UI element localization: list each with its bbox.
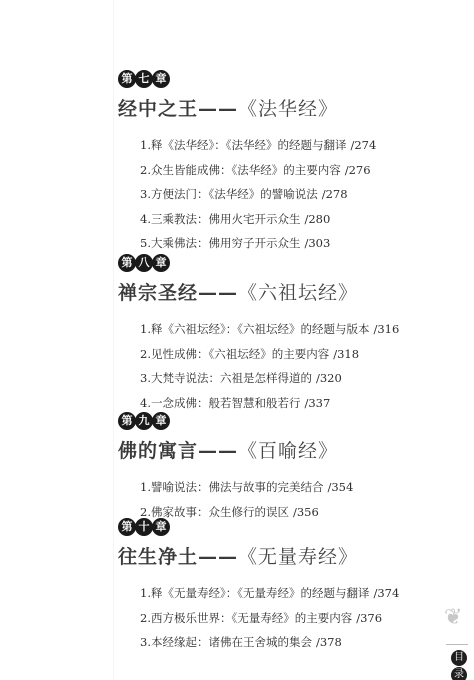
side-tab-char: 录 (451, 667, 467, 680)
chapter-title-sutra: 《百喻经》 (238, 440, 338, 462)
toc-page-number: /320 (316, 371, 342, 385)
toc-page-number: /303 (304, 236, 330, 250)
toc-entry-text: 2.见性成佛：《六祖坛经》的主要内容 (140, 347, 329, 361)
toc-page-number: /374 (373, 586, 399, 600)
toc-entry[interactable]: 1.释《六祖坛经》：《六祖坛经》的经题与版本/316 (140, 317, 458, 342)
toc-entry[interactable]: 1.释《无量寿经》：《无量寿经》的经题与翻译/374 (140, 581, 458, 606)
chapter-badge: 第 八 章 (118, 254, 458, 272)
toc-entry-text: 1.释《无量寿经》：《无量寿经》的经题与翻译 (140, 586, 369, 600)
toc-page-number: /278 (322, 187, 348, 201)
lotus-ornament-icon: ❦ (444, 600, 462, 636)
chapter-badge: 第 十 章 (118, 518, 458, 536)
toc-list: 1.释《无量寿经》：《无量寿经》的经题与翻译/374 2.西方极乐世界：《无量寿… (140, 581, 458, 655)
toc-page-number: /318 (333, 347, 359, 361)
chapter-10: 第 十 章 往生净土——《无量寿经》 1.释《无量寿经》：《无量寿经》的经题与翻… (118, 518, 458, 655)
toc-entry[interactable]: 3.本经缘起：诸佛在王舍城的集会/378 (140, 630, 458, 655)
toc-entry-text: 5.大乘佛法：佛用穷子开示众生 (140, 236, 300, 250)
page-gutter-line (113, 0, 114, 680)
chapter-title-prefix: 往生净土—— (118, 546, 238, 568)
chapter-title-sutra: 《法华经》 (238, 98, 338, 120)
chapter-title: 佛的寓言——《百喻经》 (118, 436, 458, 463)
badge-circle: 章 (152, 518, 170, 536)
toc-entry[interactable]: 2.见性成佛：《六祖坛经》的主要内容/318 (140, 342, 458, 367)
toc-page-number: /337 (304, 396, 330, 410)
badge-circle: 七 (135, 70, 153, 88)
toc-list: 1.释《六祖坛经》：《六祖坛经》的经题与版本/316 2.见性成佛：《六祖坛经》… (140, 317, 458, 415)
toc-side-tab[interactable]: 目 录 (451, 650, 469, 680)
chapter-title-sutra: 《无量寿经》 (238, 546, 358, 568)
toc-entry[interactable]: 2.众生皆能成佛：《法华经》的主要内容/276 (140, 158, 458, 183)
toc-entry-text: 4.三乘教法：佛用火宅开示众生 (140, 212, 300, 226)
badge-circle: 章 (152, 254, 170, 272)
toc-page-number: /378 (316, 635, 342, 649)
badge-circle: 第 (118, 254, 136, 272)
badge-circle: 第 (118, 518, 136, 536)
chapter-8: 第 八 章 禅宗圣经——《六祖坛经》 1.释《六祖坛经》：《六祖坛经》的经题与版… (118, 254, 458, 415)
side-tab-char: 目 (451, 650, 467, 666)
chapter-9: 第 九 章 佛的寓言——《百喻经》 1.譬喻说法：佛法与故事的完美结合/354 … (118, 412, 458, 524)
chapter-badge: 第 七 章 (118, 70, 458, 88)
toc-entry[interactable]: 3.大梵寺说法：六祖是怎样得道的/320 (140, 366, 458, 391)
chapter-title-sutra: 《六祖坛经》 (238, 282, 358, 304)
toc-page-number: /276 (345, 163, 371, 177)
badge-circle: 章 (152, 70, 170, 88)
toc-entry-text: 1.譬喻说法：佛法与故事的完美结合 (140, 480, 323, 494)
toc-entry-text: 1.释《法华经》：《法华经》的经题与翻译 (140, 138, 346, 152)
toc-page-number: /274 (350, 138, 376, 152)
toc-entry[interactable]: 1.释《法华经》：《法华经》的经题与翻译/274 (140, 133, 458, 158)
toc-entry-text: 3.大梵寺说法：六祖是怎样得道的 (140, 371, 312, 385)
toc-page-number: /376 (356, 611, 382, 625)
badge-circle: 章 (152, 412, 170, 430)
toc-list: 1.譬喻说法：佛法与故事的完美结合/354 2.佛家故事：众生修行的误区/356 (140, 475, 458, 524)
toc-page-number: /280 (304, 212, 330, 226)
toc-entry[interactable]: 1.譬喻说法：佛法与故事的完美结合/354 (140, 475, 458, 500)
badge-circle: 八 (135, 254, 153, 272)
toc-entry[interactable]: 2.西方极乐世界：《无量寿经》的主要内容/376 (140, 606, 458, 631)
chapter-badge: 第 九 章 (118, 412, 458, 430)
badge-circle: 第 (118, 412, 136, 430)
toc-entry[interactable]: 4.三乘教法：佛用火宅开示众生/280 (140, 207, 458, 232)
toc-entry-text: 3.本经缘起：诸佛在王舍城的集会 (140, 635, 312, 649)
chapter-title-prefix: 佛的寓言—— (118, 440, 238, 462)
badge-circle: 第 (118, 70, 136, 88)
toc-entry-text: 4.一念成佛：般若智慧和般若行 (140, 396, 300, 410)
toc-entry[interactable]: 5.大乘佛法：佛用穷子开示众生/303 (140, 231, 458, 256)
toc-page: 第 七 章 经中之王——《法华经》 1.释《法华经》：《法华经》的经题与翻译/2… (0, 0, 474, 680)
chapter-title-prefix: 禅宗圣经—— (118, 282, 238, 304)
toc-entry-text: 2.西方极乐世界：《无量寿经》的主要内容 (140, 611, 352, 625)
badge-circle: 九 (135, 412, 153, 430)
toc-entry-text: 2.众生皆能成佛：《法华经》的主要内容 (140, 163, 341, 177)
toc-page-number: /316 (373, 322, 399, 336)
toc-entry[interactable]: 3.方便法门：《法华经》的譬喻说法/278 (140, 182, 458, 207)
chapter-title: 经中之王——《法华经》 (118, 94, 458, 121)
toc-entry-text: 1.释《六祖坛经》：《六祖坛经》的经题与版本 (140, 322, 369, 336)
badge-circle: 十 (135, 518, 153, 536)
toc-page-number: /354 (327, 480, 353, 494)
chapter-title: 禅宗圣经——《六祖坛经》 (118, 278, 458, 305)
toc-entry-text: 2.佛家故事：众生修行的误区 (140, 505, 289, 519)
chapter-title-prefix: 经中之王—— (118, 98, 238, 120)
toc-entry-text: 3.方便法门：《法华经》的譬喻说法 (140, 187, 318, 201)
chapter-title: 往生净土——《无量寿经》 (118, 542, 458, 569)
chapter-7: 第 七 章 经中之王——《法华经》 1.释《法华经》：《法华经》的经题与翻译/2… (118, 70, 458, 256)
toc-list: 1.释《法华经》：《法华经》的经题与翻译/274 2.众生皆能成佛：《法华经》的… (140, 133, 458, 256)
side-divider (446, 644, 468, 645)
toc-page-number: /356 (293, 505, 319, 519)
